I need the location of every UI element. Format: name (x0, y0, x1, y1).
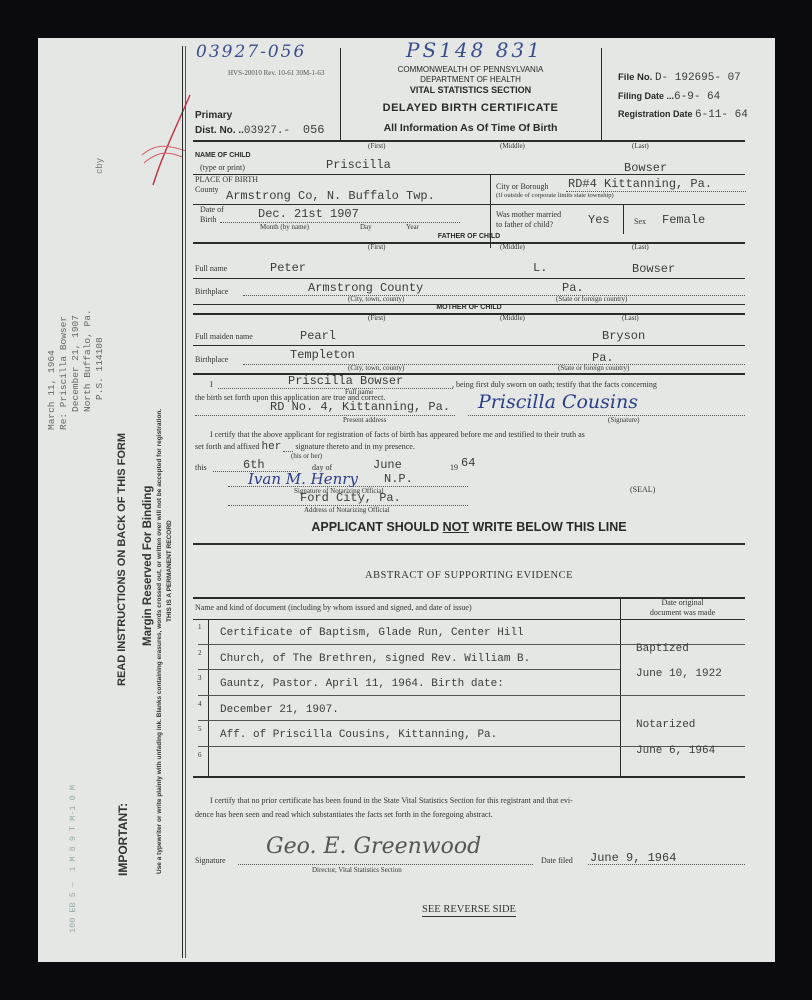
file-no: File No. D- 192695- 07 (618, 72, 741, 84)
abstract-title: ABSTRACT OF SUPPORTING EVIDENCE (193, 570, 745, 581)
abstract-row-number: 6 (198, 751, 202, 759)
primary-label: Primary (195, 110, 232, 121)
father-middle-initial: L. (533, 261, 547, 275)
cby-initials: cby (95, 158, 105, 174)
sex-value: Female (662, 213, 705, 227)
see-reverse-side: SEE REVERSE SIDE (193, 904, 745, 915)
present-address: RD No. 4, Kittanning, Pa. (270, 400, 450, 414)
received-stamp: March 11, 1964 Re: Priscilla Bowser Dece… (46, 309, 106, 430)
filing-date: Filing Date ...6-9- 64 (618, 91, 720, 103)
form-title: DELAYED BIRTH CERTIFICATE (340, 102, 601, 114)
dist-no: Dist. No. ..03927.- 056 (195, 123, 325, 137)
do-not-write-warning: APPLICANT SHOULD NOT WRITE BELOW THIS LI… (193, 520, 745, 534)
abstract-row-text: December 21, 1907. (220, 704, 339, 716)
mother-last-name: Bryson (602, 329, 645, 343)
important-label: IMPORTANT: (116, 803, 130, 876)
registration-date: Registration Date 6-11- 64 (618, 109, 748, 121)
abstract-row-number: 3 (198, 674, 202, 682)
binding-margin-label: Margin Reserved For Binding (142, 486, 154, 646)
director-signature: Geo. E. Greenwood (266, 834, 481, 859)
date-of-birth-value: Dec. 21st 1907 (258, 207, 359, 221)
date-filed-value: June 9, 1964 (590, 851, 676, 865)
ink-notice: Use a typewriter or write plainly with u… (156, 409, 163, 874)
abstract-date-header: Date original document was made (620, 598, 745, 618)
abstract-row-number: 4 (198, 700, 202, 708)
seal-label: (SEAL) (630, 485, 655, 494)
father-birthplace-city: Armstrong County (308, 281, 423, 295)
handwritten-file-ref: 03927-056 (196, 42, 306, 62)
notary-address: Ford City, Pa. (300, 491, 401, 505)
abstract-row-text: Certificate of Baptism, Glade Run, Cente… (220, 627, 524, 639)
father-last-name: Bowser (632, 262, 675, 276)
abstract-row-number: 5 (198, 725, 202, 733)
abstract-row-date: Notarized (636, 719, 695, 731)
form-code: HVS-20010 Rev. 10-61 30M-1-63 (228, 69, 324, 77)
mother-birthplace-state: Pa. (592, 351, 614, 365)
abstract-row-text: Church, of The Brethren, signed Rev. Wil… (220, 653, 530, 665)
his-her-value: her (262, 441, 282, 453)
mother-birthplace-city: Templeton (290, 348, 355, 362)
father-first-name: Peter (270, 261, 306, 275)
child-first-name: Priscilla (326, 158, 391, 172)
notary-year: 64 (461, 456, 475, 470)
abstract-row-date: Baptized (636, 643, 689, 655)
abstract-row-date: June 6, 1964 (636, 745, 715, 757)
married-value: Yes (588, 213, 610, 227)
abstract-doc-header: Name and kind of document (including by … (195, 603, 472, 612)
abstract-row-number: 1 (198, 623, 202, 631)
city-value: RD#4 Kittanning, Pa. (568, 177, 712, 191)
mother-section-label: MOTHER OF CHILD (193, 304, 745, 311)
abstract-row-text: Aff. of Priscilla Cousins, Kittanning, P… (220, 729, 497, 741)
faded-stamp: 100 EB 5 — 1 M 8 9 T M-1 0 M (68, 785, 78, 933)
applicant-signature: Priscilla Cousins (478, 391, 638, 413)
margin-rule (182, 46, 183, 958)
permanent-record-label: THIS IS A PERMANENT RECORD (166, 520, 173, 622)
notary-month: June (373, 458, 402, 472)
form-subtitle: All Information As Of Time Of Birth (340, 122, 601, 134)
child-last-name: Bowser (624, 161, 667, 175)
mother-first-name: Pearl (300, 329, 336, 343)
father-section-label: FATHER OF CHILD (193, 233, 745, 240)
notary-suffix: N.P. (384, 472, 413, 486)
father-birthplace-state: Pa. (562, 281, 584, 295)
name-of-child-label: NAME OF CHILD (195, 152, 251, 159)
abstract-row-number: 2 (198, 649, 202, 657)
abstract-row-date: June 10, 1922 (636, 668, 722, 680)
handwritten-ps-number: PS148 831 (406, 38, 543, 62)
county-value: Armstrong Co, N. Buffalo Twp. (226, 189, 435, 203)
certificate-paper: IMPORTANT: READ INSTRUCTIONS ON BACK OF … (38, 38, 775, 962)
agency-block: COMMONWEALTH OF PENNSYLVANIA DEPARTMENT … (340, 65, 601, 95)
read-instructions-label: READ INSTRUCTIONS ON BACK OF THIS FORM (116, 433, 128, 686)
abstract-row-text: Gauntz, Pastor. April 11, 1964. Birth da… (220, 678, 504, 690)
applicant-full-name: Priscilla Bowser (288, 374, 403, 388)
